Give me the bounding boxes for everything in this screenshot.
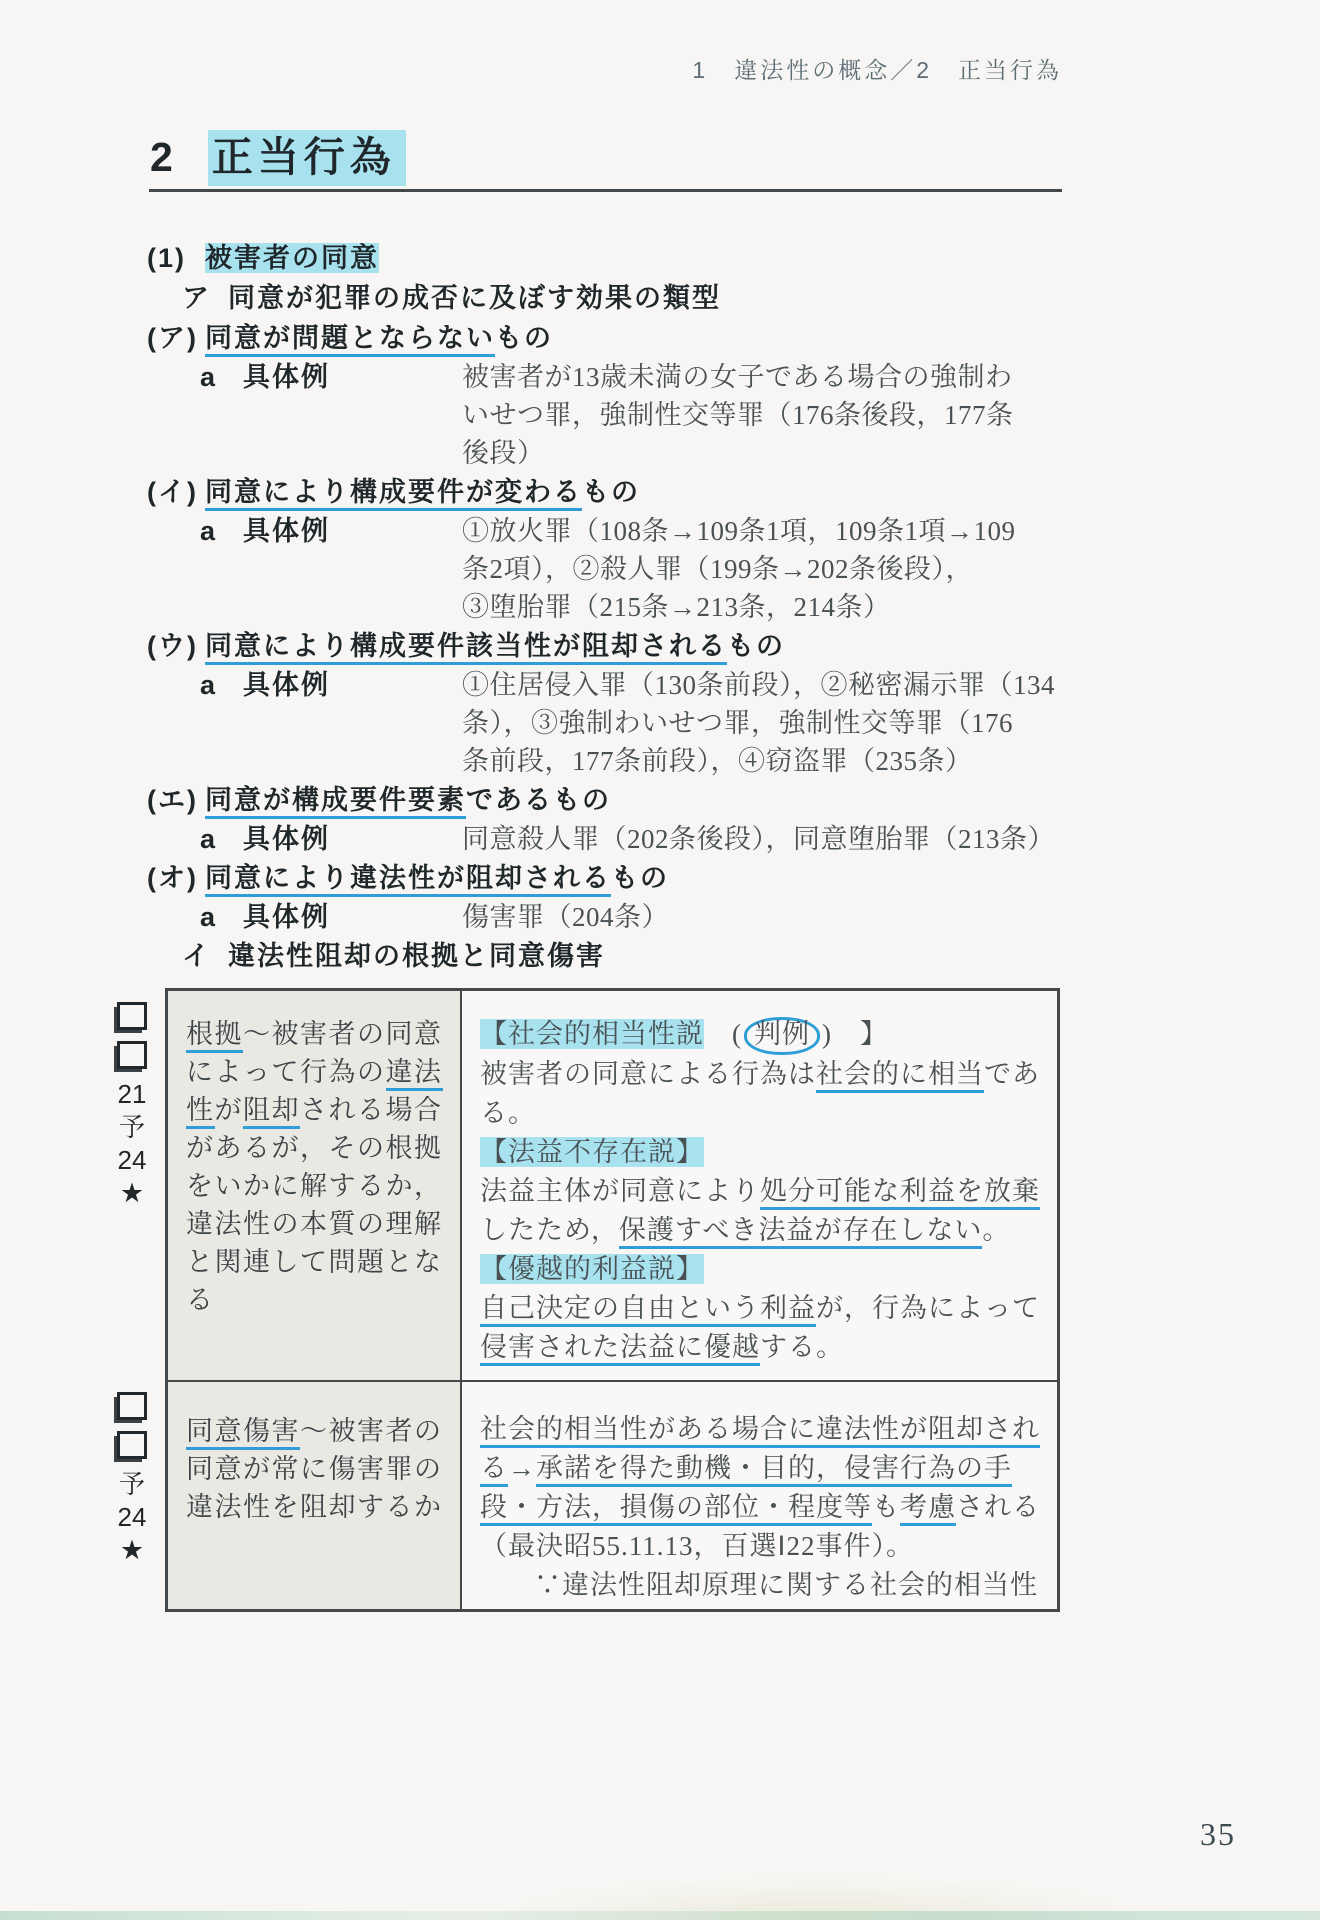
heading-text: 同意が問題とならないもの (205, 318, 553, 358)
text-segment: ∵違法性阻却原理に関する社会的相当性説 (534, 1570, 1038, 1609)
outline-item-heading: (オ) 同意により違法性が阻却されるもの (0, 858, 1120, 898)
underline-segment: 処分可能な利益を放棄 (760, 1176, 1040, 1210)
text-segment: もの (611, 863, 669, 893)
heading-text: 違法性阻却の根拠と同意傷害 (228, 936, 605, 976)
reason-text: ∵違法性阻却原理に関する社会的相当性説 (480, 1566, 1043, 1609)
highlight-segment: 被害者の同意 (205, 243, 379, 273)
heading-number: (オ) (147, 858, 198, 898)
margin-label: 予 (119, 1468, 145, 1501)
margin-label: 21 (118, 1078, 147, 1111)
example-row: 条2項），②殺人罪（199条→202条後段）， (0, 550, 1120, 588)
example-line: 同意殺人罪（202条後段），同意堕胎罪（213条） (462, 820, 1055, 858)
example-line: 傷害罪（204条） (462, 898, 669, 936)
underline-segment: 同意により構成要件が変わる (205, 477, 582, 511)
outline-heading-b: イ 違法性阻却の根拠と同意傷害 (0, 936, 1120, 976)
scan-edge-strip (0, 1911, 1320, 1920)
page-number: 35 (1200, 1816, 1236, 1853)
theory-label: 【優越的利益説】 (480, 1250, 1043, 1289)
heading-number: (ウ) (147, 626, 198, 666)
example-row: いせつ罪，強制性交等罪（176条後段，177条 (0, 396, 1120, 434)
theory-label: 【法益不存在説】 (480, 1133, 1043, 1172)
example-line: ①住居侵入罪（130条前段），②秘密漏示罪（134 (462, 666, 1055, 704)
heading-number: ア (182, 278, 211, 318)
margin-label: 予 (119, 1111, 145, 1144)
checkbox-icon (117, 1392, 147, 1420)
underline-segment: 同意が構成要件要素 (205, 785, 466, 819)
title-rule (149, 189, 1062, 192)
heading-number: イ (182, 936, 211, 976)
text-segment: → (508, 1453, 536, 1483)
checkbox-icon (117, 1041, 147, 1069)
example-line: 後段） (462, 434, 545, 472)
heading-text: 同意により構成要件が変わるもの (205, 472, 640, 512)
table-row1-issue-cell: 根拠～被害者の同意によって行為の違法性が阻却される場合があるが，その根拠をいかに… (168, 991, 462, 1382)
text-segment: ) 】 (822, 1019, 888, 1049)
example-label: 具体例 (243, 512, 330, 550)
example-line: 条），③強制わいせつ罪，強制性交等罪（176 (462, 704, 1013, 742)
underline-segment: 阻却 (243, 1095, 300, 1129)
text-segment: もの (582, 477, 640, 507)
section-number: 2 (150, 134, 178, 181)
textbook-page: 1 違法性の概念／2 正当行為 2正当行為 (1) 被害者の同意 ア 同意が犯罪… (0, 0, 1320, 1920)
table-row2-answer-cell: 社会的相当性がある場合に違法性が阻却される→承諾を得た動機・目的，侵害行為の手段… (462, 1382, 1057, 1609)
example-line: 条2項），②殺人罪（199条→202条後段）， (462, 550, 973, 588)
underline-segment: 同意により構成要件該当性が阻却される (205, 631, 727, 665)
underline-segment: 自己決定の自由という利益 (480, 1293, 816, 1327)
heading-text: 同意により違法性が阻却されるもの (205, 858, 669, 898)
page-title: 2正当行為 (150, 124, 406, 183)
example-row: a 具体例 ①放火罪（108条→109条1項，109条1項→109 (0, 512, 1120, 550)
issue-text: 同意傷害～被害者の同意が常に傷害罪の違法性を阻却するか (186, 1412, 450, 1526)
example-letter: a (200, 512, 217, 550)
text-segment: であるもの (466, 785, 611, 815)
example-letter: a (200, 898, 217, 936)
heading-text: 同意により構成要件該当性が阻却されるもの (205, 626, 785, 666)
example-line: 条前段，177条前段），④窃盗罪（235条） (462, 742, 973, 780)
margin-note-1: 21 予 24 ★ (104, 1000, 160, 1210)
underline-segment: 社会的に相当 (816, 1059, 984, 1093)
outline-item-heading: (ア) 同意が問題とならないもの (0, 318, 1120, 358)
summary-table: 根拠～被害者の同意によって行為の違法性が阻却される場合があるが，その根拠をいかに… (165, 988, 1060, 1612)
example-letter: a (200, 820, 217, 858)
example-label: 具体例 (243, 898, 330, 936)
table-row1-theories-cell: 【社会的相当性説 (判例) 】 被害者の同意による行為は社会的に相当である。 【… (462, 991, 1057, 1382)
circled-segment: 判例 (744, 1017, 820, 1055)
text-segment: 法益主体が同意により (480, 1176, 760, 1206)
text-segment: も (872, 1492, 900, 1522)
underline-segment: 同意により違法性が阻却される (205, 863, 611, 897)
heading-text: 被害者の同意 (205, 238, 379, 278)
outline-heading-1: (1) 被害者の同意 (0, 238, 1120, 278)
outline: (1) 被害者の同意 ア 同意が犯罪の成否に及ぼす効果の類型 (ア) 同意が問題… (0, 238, 1120, 976)
example-row: a 具体例 ①住居侵入罪（130条前段），②秘密漏示罪（134 (0, 666, 1120, 704)
example-line: ①放火罪（108条→109条1項，109条1項→109 (462, 512, 1016, 550)
example-row: ③堕胎罪（215条→213条，214条） (0, 588, 1120, 626)
text-segment: する。 (760, 1332, 844, 1362)
example-letter: a (200, 666, 217, 704)
theory-text: 自己決定の自由という利益が，行為によって侵害された法益に優越する。 (480, 1289, 1043, 1367)
example-row: 条），③強制わいせつ罪，強制性交等罪（176 (0, 704, 1120, 742)
example-label: 具体例 (243, 666, 330, 704)
checkbox-icon (117, 1002, 147, 1030)
example-row: a 具体例 同意殺人罪（202条後段），同意堕胎罪（213条） (0, 820, 1120, 858)
text-segment: したため， (480, 1215, 619, 1245)
underline-segment: 保護すべき法益が存在しない (619, 1215, 982, 1249)
star-icon: ★ (120, 1534, 144, 1567)
outline-heading-a: ア 同意が犯罪の成否に及ぼす効果の類型 (0, 278, 1120, 318)
running-header: 1 違法性の概念／2 正当行為 (0, 52, 1062, 85)
issue-text: 根拠～被害者の同意によって行為の違法性が阻却される場合があるが，その根拠をいかに… (186, 1015, 450, 1319)
heading-number: (エ) (147, 780, 198, 820)
text-segment: ( (704, 1019, 742, 1049)
text-segment: が (215, 1095, 244, 1125)
star-icon: ★ (120, 1177, 144, 1210)
text-segment: もの (727, 631, 785, 661)
example-row: a 具体例 傷害罪（204条） (0, 898, 1120, 936)
theory-text: 被害者の同意による行為は社会的に相当である。 (480, 1055, 1043, 1133)
heading-text: 同意が構成要件要素であるもの (205, 780, 611, 820)
text-segment: 被害者の同意による行為は (480, 1059, 816, 1089)
theory-text: 法益主体が同意により処分可能な利益を放棄したため，保護すべき法益が存在しない。 (480, 1172, 1043, 1250)
underline-segment: 同意傷害 (186, 1416, 300, 1450)
example-row: 後段） (0, 434, 1120, 472)
margin-label: 24 (118, 1501, 147, 1534)
example-label: 具体例 (243, 358, 330, 396)
outline-item-heading: (エ) 同意が構成要件要素であるもの (0, 780, 1120, 820)
answer-text: 社会的相当性がある場合に違法性が阻却される→承諾を得た動機・目的，侵害行為の手段… (480, 1410, 1043, 1566)
heading-text: 同意が犯罪の成否に及ぼす効果の類型 (228, 278, 721, 318)
example-row: a 具体例 被害者が13歳未満の女子である場合の強制わ (0, 358, 1120, 396)
example-letter: a (200, 358, 217, 396)
highlight-segment: 【法益不存在説】 (480, 1137, 704, 1167)
underline-segment: 同意が問題とならない (205, 323, 495, 357)
example-line: 被害者が13歳未満の女子である場合の強制わ (462, 358, 1013, 396)
table-row2-issue-cell: 同意傷害～被害者の同意が常に傷害罪の違法性を阻却するか (168, 1382, 462, 1609)
checkbox-icon (117, 1431, 147, 1459)
text-segment: が，行為によって (816, 1293, 1040, 1323)
underline-segment: 考慮 (900, 1492, 956, 1526)
underline-segment: 侵害された法益に優越 (480, 1332, 760, 1366)
example-label: 具体例 (243, 820, 330, 858)
outline-item-heading: (ウ) 同意により構成要件該当性が阻却されるもの (0, 626, 1120, 666)
margin-label: 24 (118, 1144, 147, 1177)
text-segment: 。 (982, 1215, 1010, 1245)
underline-segment: 根拠 (186, 1019, 243, 1053)
example-line: いせつ罪，強制性交等罪（176条後段，177条 (462, 396, 1014, 434)
outline-item-heading: (イ) 同意により構成要件が変わるもの (0, 472, 1120, 512)
section-title-label: 正当行為 (208, 130, 406, 186)
highlight-segment: 【優越的利益説】 (480, 1254, 704, 1284)
text-segment: もの (495, 323, 553, 353)
theory-label: 【社会的相当性説 (判例) 】 (480, 1015, 1043, 1055)
example-row: 条前段，177条前段），④窃盗罪（235条） (0, 742, 1120, 780)
text-segment: される場合があるが，その根拠をいかに解するか，違法性の本質の理解と関連して問題と… (186, 1095, 443, 1315)
heading-number: (イ) (147, 472, 198, 512)
heading-number: (1) (147, 238, 186, 278)
margin-note-2: 予 24 ★ (104, 1390, 160, 1567)
highlight-segment: 【社会的相当性説 (480, 1019, 704, 1049)
example-line: ③堕胎罪（215条→213条，214条） (462, 588, 891, 626)
heading-number: (ア) (147, 318, 198, 358)
